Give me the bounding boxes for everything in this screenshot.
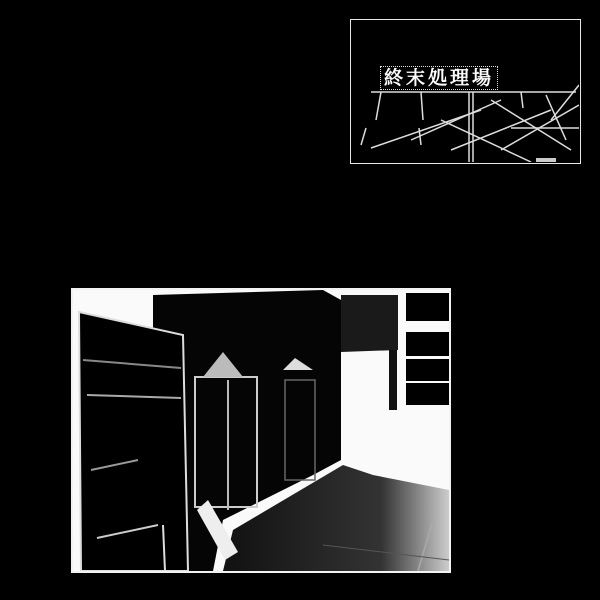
sign-text: 終末処理場 [381, 67, 497, 89]
corridor-scene [73, 290, 449, 571]
scaffolding-graphic [351, 20, 579, 162]
main-photo [71, 288, 451, 573]
inset-photo-frame: 終末処理場 [350, 19, 581, 164]
